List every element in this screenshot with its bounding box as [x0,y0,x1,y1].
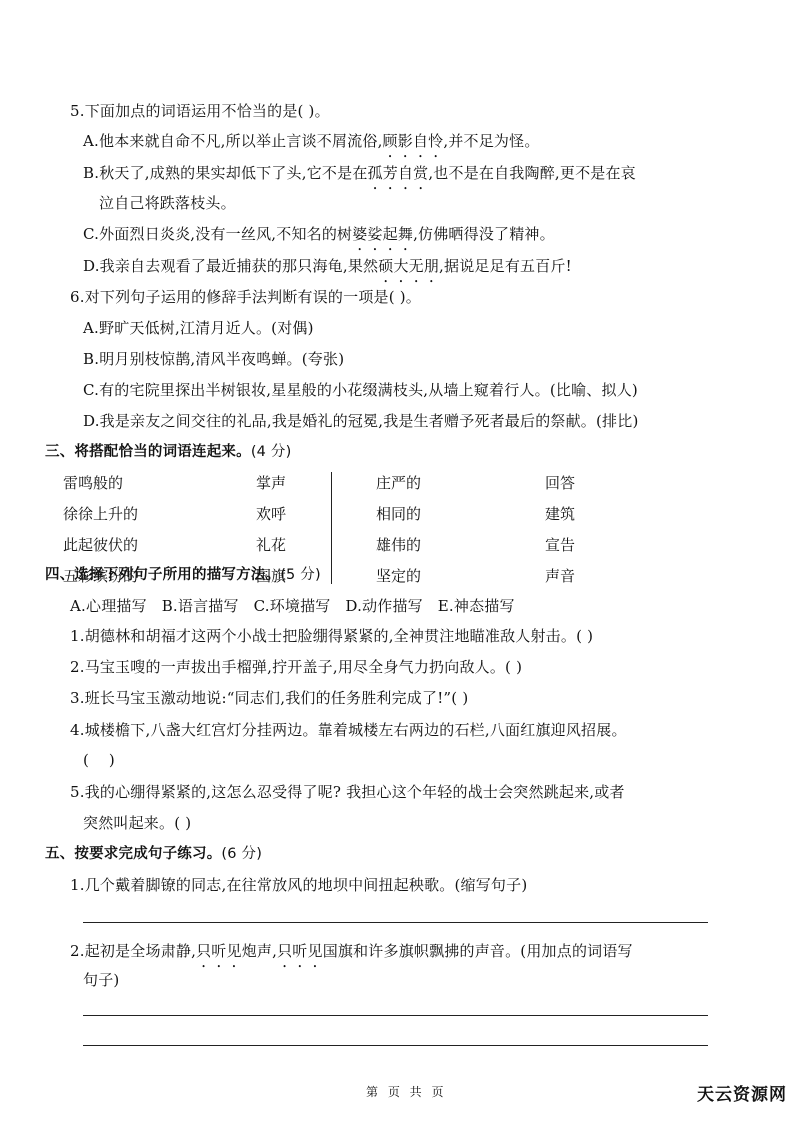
section-points: (6 分) [221,846,262,862]
text: ,仿佛晒得没了精神。 [413,225,555,243]
dotted-char: 听 [292,941,307,961]
q5-option-b-cont: 泣自己将跌落枝头。 [99,193,236,213]
dotted-char: 顾 [383,131,398,151]
answer-line-3[interactable] [83,1045,708,1046]
match-item[interactable]: 欢呼 [256,504,286,535]
match-item[interactable]: 雷鸣般的 [63,473,138,504]
section-4-heading: 四、选择下列句子所用的描写方法。(5 分) [45,565,321,585]
q5s-item-1: 1.几个戴着脚镣的同志,在往常放风的地坝中间扭起秧歌。(缩写句子) [70,875,527,895]
dotted-char: 硕 [378,256,393,276]
dotted-char: 芳 [383,163,398,183]
match-column-4: 回答 建筑 宣告 声音 [545,473,575,597]
watermark: 天云资源网 [697,1080,787,1105]
match-column-3: 庄严的 相同的 雄伟的 坚定的 [376,473,421,597]
q4-item-5: 5.我的心绷得紧紧的,这怎么忍受得了呢? 我担心这个年轻的战士会突然跳起来,或者 [70,782,625,802]
match-item[interactable]: 回答 [545,473,575,504]
section-title: 三、将搭配恰当的词语连起来。 [45,444,251,460]
dotted-char: 无 [409,256,424,276]
dotted-char: 娑 [367,224,382,244]
section-3-heading: 三、将搭配恰当的词语连起来。(4 分) [45,442,291,462]
q4-item-2: 2.马宝玉嗖的一声拔出手榴弹,拧开盖子,用尽全身气力扔向敌人。( ) [70,657,522,677]
dotted-char: 听 [211,941,226,961]
match-item[interactable]: 徐徐上升的 [63,504,138,535]
column-divider [331,472,332,584]
q6-option-d: D.我是亲友之间交往的礼品,我是婚礼的冠冕,我是生者赠予死者最后的祭献。(排比) [83,411,639,431]
question-6-stem: 6.对下列句子运用的修辞手法判断有误的一项是( )。 [70,287,421,307]
text: ,并不足为怪。 [443,132,539,150]
answer-line-1[interactable] [83,922,708,923]
dotted-char: 舞 [398,224,413,244]
q5-option-d: D.我亲自去观看了最近捕获的那只海龟,果然硕大无朋,据说足足有五百斤! [83,256,572,276]
q5s-item-2-cont: 句子) [83,970,119,990]
dotted-char: 自 [413,131,428,151]
text: ,也不是在自我陶醉,更不是在哀 [428,164,636,182]
dotted-char: 孤 [368,163,383,183]
match-item[interactable]: 坚定的 [376,566,421,597]
text: A.他本来就自命不凡,所以举止言谈不屑流俗, [83,132,383,150]
description-options: A.心理描写 B.语言描写 C.环境描写 D.动作描写 E.神态描写 [70,596,515,616]
section-title: 五、按要求完成句子练习。 [45,846,221,862]
q4-item-4-blank[interactable]: ( ) [83,750,115,770]
match-item[interactable]: 礼花 [256,535,286,566]
dotted-char: 影 [398,131,413,151]
dotted-char: 怜 [428,131,443,151]
q6-option-c: C.有的宅院里探出半树银妆,星星般的小花缀满枝头,从墙上窥着行人。(比喻、拟人) [83,380,638,400]
section-title: 四、选择下列句子所用的描写方法。 [45,567,280,583]
match-item[interactable]: 宣告 [545,535,575,566]
text: D.我亲自去观看了最近捕获的那只海龟,果然 [83,257,378,275]
dotted-char: 朋 [424,256,439,276]
q5-option-b: B.秋天了,成熟的果实却低下了头,它不是在孤芳自赏,也不是在自我陶醉,更不是在哀 [83,163,636,183]
q4-item-3: 3.班长马宝玉激动地说:“同志们,我们的任务胜利完成了!”( ) [70,688,468,708]
text: 2.起初是全场肃静, [70,942,196,960]
dotted-char: 起 [383,224,398,244]
dotted-char: 见 [307,941,322,961]
match-item[interactable]: 雄伟的 [376,535,421,566]
dotted-char: 只 [196,941,211,961]
dotted-char: 婆 [352,224,367,244]
section-5-heading: 五、按要求完成句子练习。(6 分) [45,844,262,864]
answer-line-2[interactable] [83,1015,708,1016]
q4-item-4: 4.城楼檐下,八盏大红宫灯分挂两边。靠着城楼左右两边的石栏,八面红旗迎风招展。 [70,720,627,740]
match-item[interactable]: 此起彼伏的 [63,535,138,566]
q5-option-a: A.他本来就自命不凡,所以举止言谈不屑流俗,顾影自怜,并不足为怪。 [83,131,540,151]
dotted-char: 大 [393,256,408,276]
text: 国旗和许多旗帜飘拂的声音。(用加点的词语写 [323,942,633,960]
match-item[interactable]: 建筑 [545,504,575,535]
text: ,据说足足有五百斤! [439,257,572,275]
dotted-char: 赏 [413,163,428,183]
text: B.秋天了,成熟的果实却低下了头,它不是在 [83,164,368,182]
section-points: (4 分) [251,444,292,460]
match-item[interactable]: 掌声 [256,473,286,504]
dotted-char: 见 [227,941,242,961]
q5s-item-2: 2.起初是全场肃静,只听见炮声,只听见国旗和许多旗帜飘拂的声音。(用加点的词语写 [70,941,633,961]
match-item[interactable]: 相同的 [376,504,421,535]
text: 炮声, [242,942,277,960]
match-item[interactable]: 庄严的 [376,473,421,504]
dotted-char: 自 [398,163,413,183]
q5-option-c: C.外面烈日炎炎,没有一丝风,不知名的树婆娑起舞,仿佛晒得没了精神。 [83,224,555,244]
q6-option-b: B.明月别枝惊鹊,清风半夜鸣蝉。(夸张) [83,349,344,369]
text: C.外面烈日炎炎,没有一丝风,不知名的树 [83,225,352,243]
q4-item-5-cont: 突然叫起来。( ) [83,813,191,833]
dotted-char: 只 [277,941,292,961]
match-item[interactable]: 声音 [545,566,575,597]
page-footer: 第 页 共 页 [366,1083,446,1100]
question-5-stem: 5.下面加点的词语运用不恰当的是( )。 [70,101,330,121]
q4-item-1: 1.胡德林和胡福才这两个小战士把脸绷得紧紧的,全神贯注地瞄准敌人射击。( ) [70,626,593,646]
q6-option-a: A.野旷天低树,江清月近人。(对偶) [83,318,314,338]
section-points: (5 分) [280,567,321,583]
